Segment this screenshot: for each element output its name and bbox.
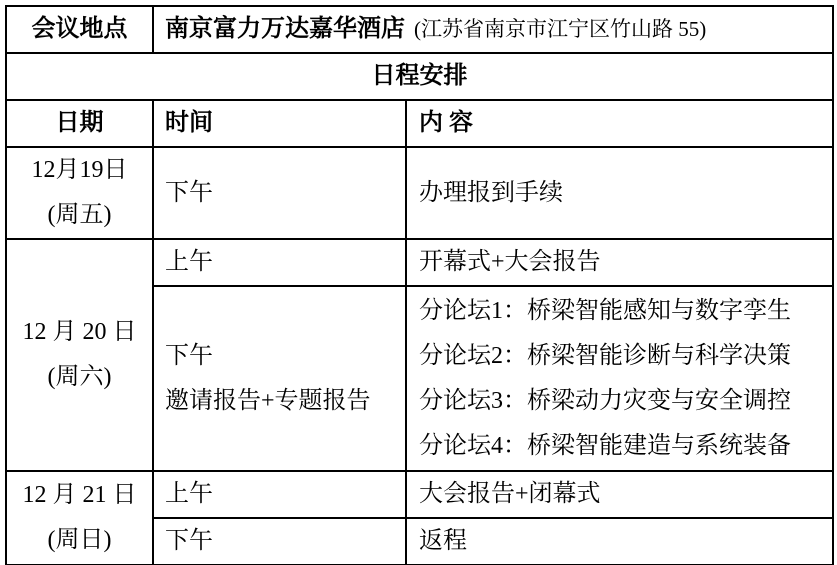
time-cell-day3-am: 上午 (153, 471, 406, 518)
time-cell-day1-pm: 下午 (153, 147, 406, 239)
date-text: 12 月 21 日 (7, 473, 152, 518)
time-cell-day2-pm: 下午 邀请报告+专题报告 (153, 286, 406, 471)
section-title-row: 日程安排 (6, 53, 833, 100)
weekday-text: (周六) (7, 355, 152, 400)
date-cell-day1: 12月19日 (周五) (6, 147, 153, 239)
weekday-text: (周五) (7, 193, 152, 238)
time-detail-text: 邀请报告+专题报告 (165, 379, 405, 424)
forum-4-text: 分论坛4：桥梁智能建造与系统装备 (419, 424, 832, 469)
content-cell-day3-am: 大会报告+闭幕式 (406, 471, 833, 518)
forum-1-text: 分论坛1：桥梁智能感知与数字孪生 (419, 289, 832, 334)
conference-schedule-table: 会议地点 南京富力万达嘉华酒店(江苏省南京市江宁区竹山路 55) 日程安排 日期… (5, 5, 834, 565)
content-cell-day2-am: 开幕式+大会报告 (406, 239, 833, 286)
column-header-date: 日期 (6, 100, 153, 147)
time-cell-day2-am: 上午 (153, 239, 406, 286)
content-cell-day2-pm: 分论坛1：桥梁智能感知与数字孪生 分论坛2：桥梁智能诊断与科学决策 分论坛3：桥… (406, 286, 833, 471)
table-row-day3-am: 12 月 21 日 (周日) 上午 大会报告+闭幕式 (6, 471, 833, 518)
hotel-name: 南京富力万达嘉华酒店 (165, 16, 405, 42)
date-text: 12月19日 (7, 148, 152, 193)
date-cell-day2: 12 月 20 日 (周六) (6, 239, 153, 471)
hotel-address: (江苏省南京市江宁区竹山路 55) (414, 17, 706, 41)
location-label: 会议地点 (6, 6, 153, 53)
forum-2-text: 分论坛2：桥梁智能诊断与科学决策 (419, 334, 832, 379)
date-cell-day3: 12 月 21 日 (周日) (6, 471, 153, 565)
time-cell-day3-pm: 下午 (153, 518, 406, 565)
table-row-day1-pm: 12月19日 (周五) 下午 办理报到手续 (6, 147, 833, 239)
header-row: 日期 时间 内 容 (6, 100, 833, 147)
date-text: 12 月 20 日 (7, 310, 152, 355)
forum-3-text: 分论坛3：桥梁动力灾变与安全调控 (419, 379, 832, 424)
weekday-text: (周日) (7, 518, 152, 563)
content-cell-day3-pm: 返程 (406, 518, 833, 565)
time-text: 下午 (165, 334, 405, 379)
content-cell-day1-pm: 办理报到手续 (406, 147, 833, 239)
table-row-day2-am: 12 月 20 日 (周六) 上午 开幕式+大会报告 (6, 239, 833, 286)
column-header-time: 时间 (153, 100, 406, 147)
location-value: 南京富力万达嘉华酒店(江苏省南京市江宁区竹山路 55) (153, 6, 833, 53)
column-header-content: 内 容 (406, 100, 833, 147)
section-title: 日程安排 (6, 53, 833, 100)
location-row: 会议地点 南京富力万达嘉华酒店(江苏省南京市江宁区竹山路 55) (6, 6, 833, 53)
